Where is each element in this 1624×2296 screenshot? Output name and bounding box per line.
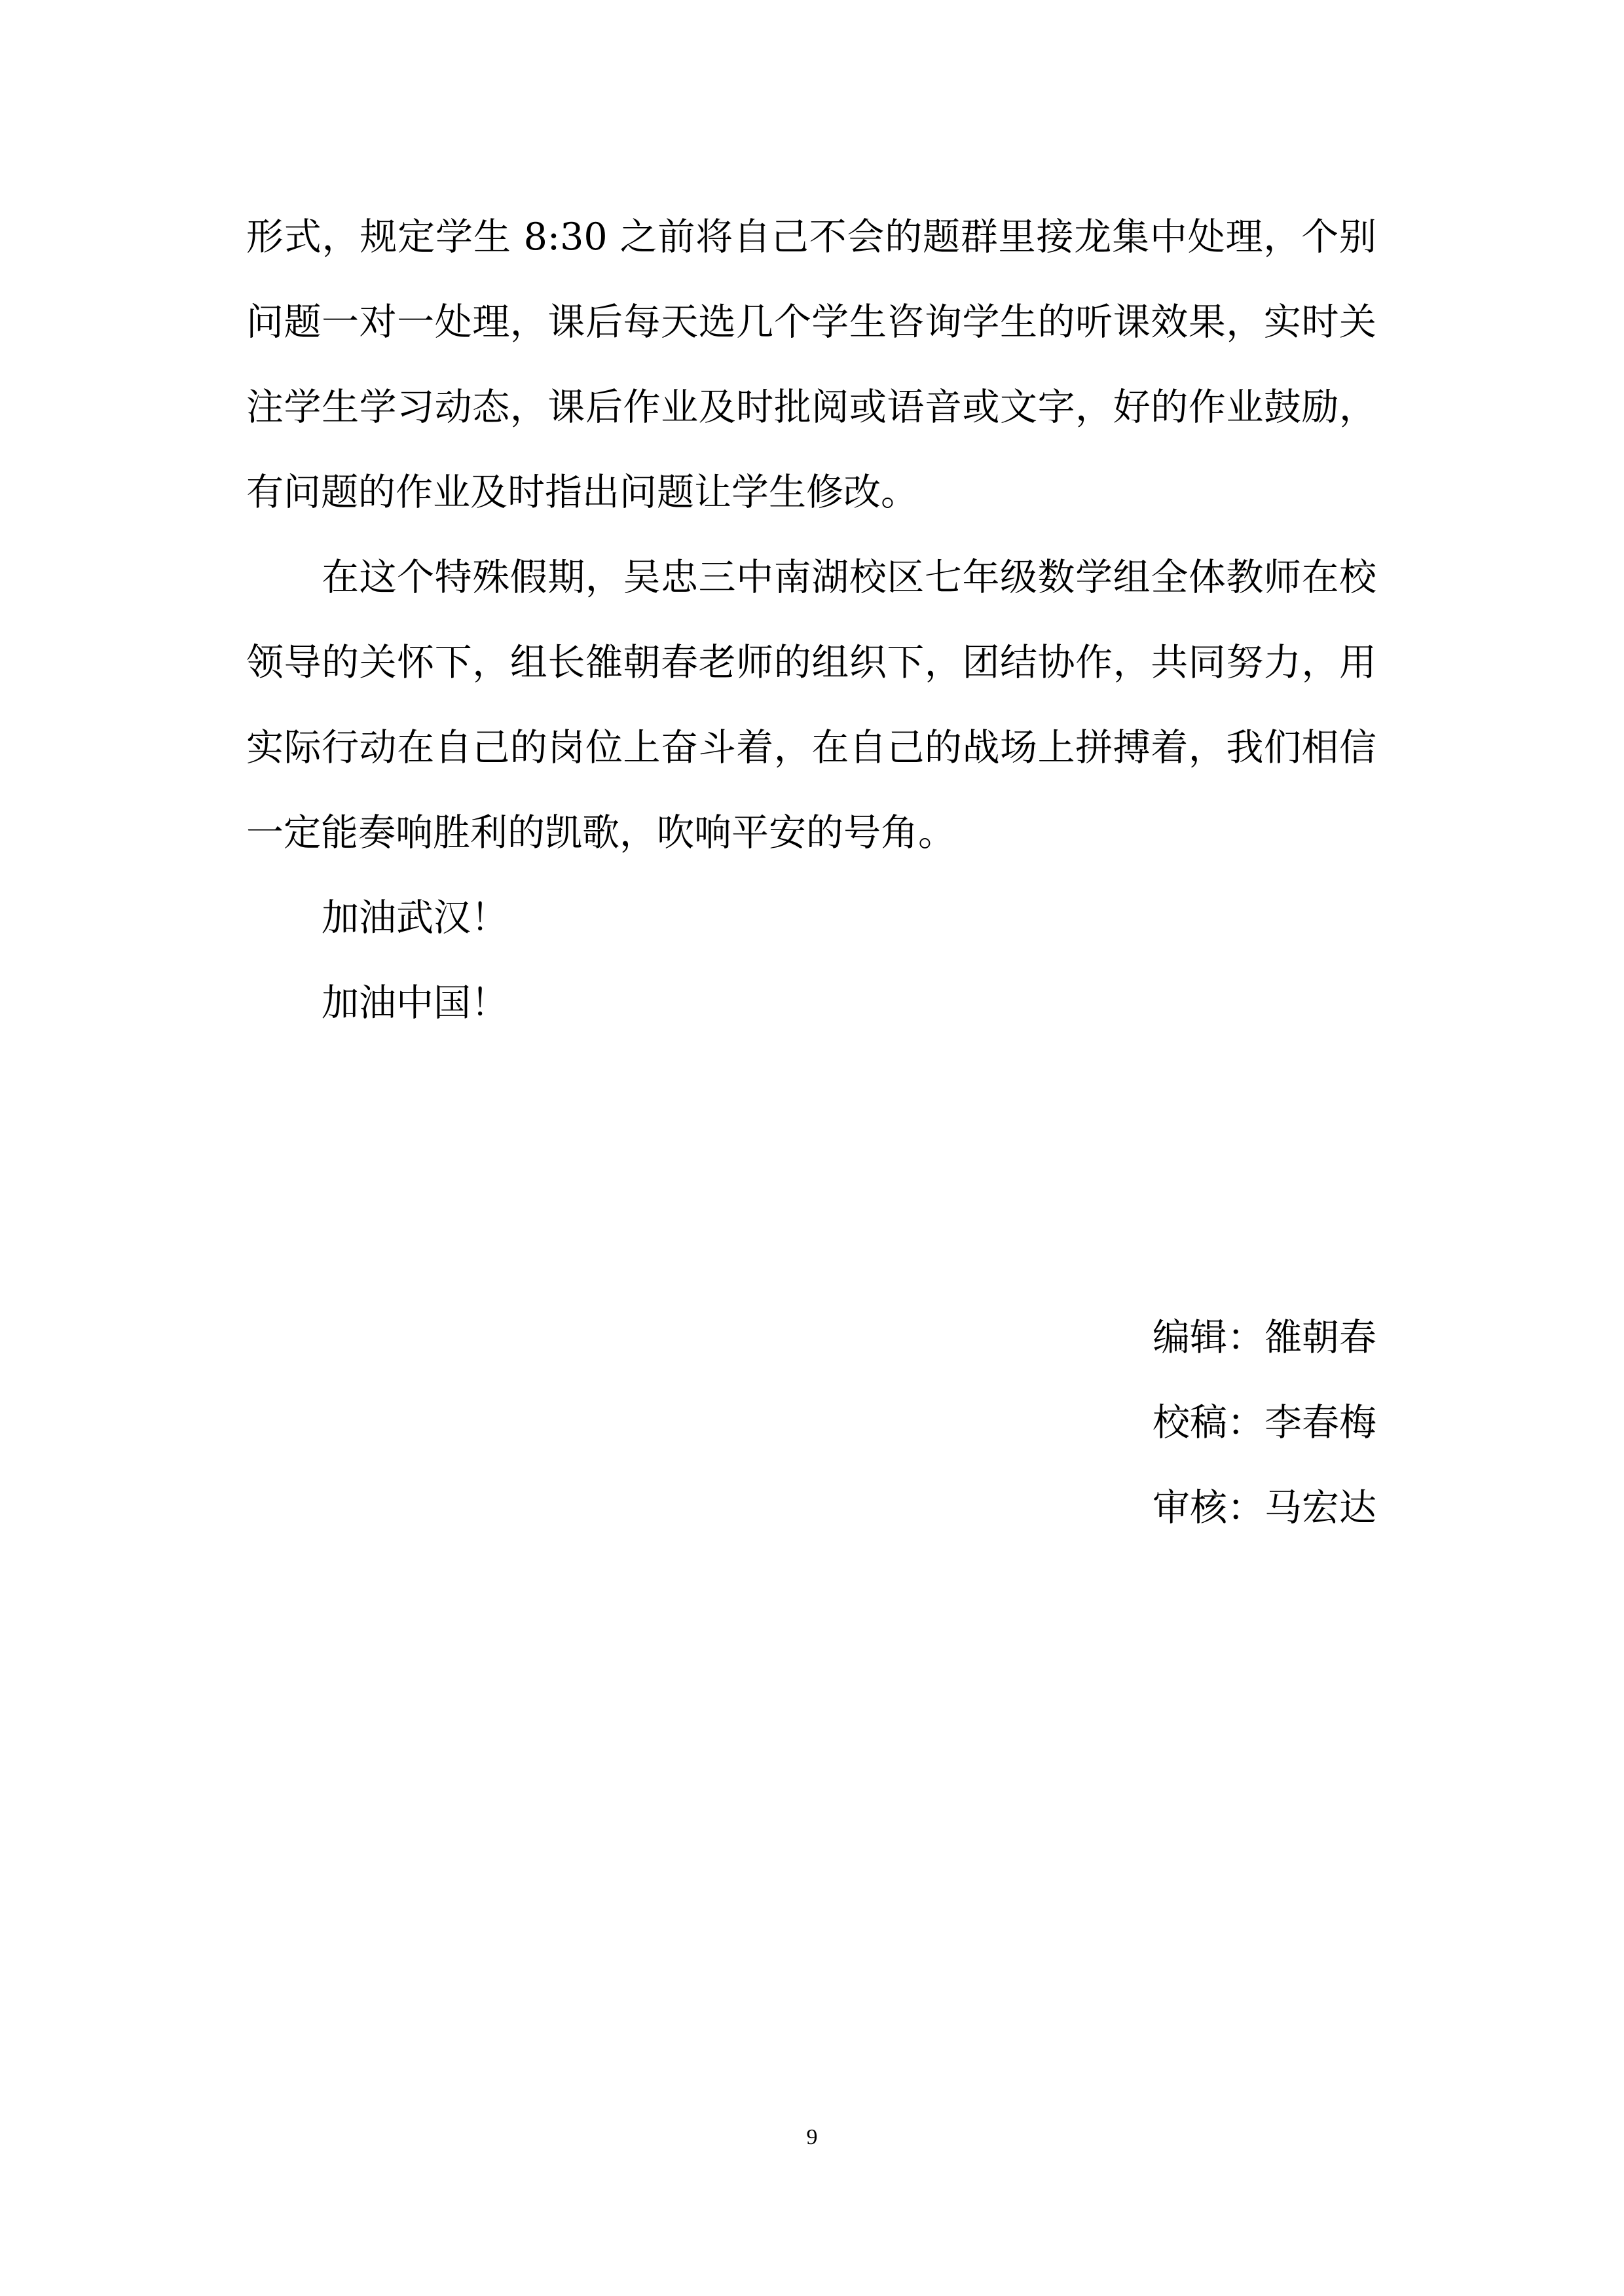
paragraph-line: 在这个特殊假期，吴忠三中南湖校区七年级数学组全体教师在校: [322, 555, 1376, 600]
credit-editor: 编辑：雒朝春: [1153, 1315, 1376, 1360]
paragraph-line: 注学生学习动态，课后作业及时批阅或语音或文字，好的作业鼓励，: [246, 384, 1376, 430]
slogan-china: 加油中国！: [322, 980, 508, 1026]
paragraph-line: 一定能奏响胜利的凯歌，吹响平安的号角。: [246, 810, 1376, 856]
paragraph-line: 领导的关怀下，组长雒朝春老师的组织下，团结协作，共同努力，用: [246, 640, 1376, 685]
paragraph-line: 形式，规定学生 8:30 之前将自己不会的题群里接龙集中处理，个别: [246, 214, 1376, 260]
credit-proofreader: 校稿：李春梅: [1153, 1400, 1376, 1446]
paragraph-line: 实际行动在自己的岗位上奋斗着，在自己的战场上拼搏着，我们相信: [246, 725, 1376, 771]
paragraph-line: 有问题的作业及时指出问题让学生修改。: [246, 469, 1376, 515]
page-number: 9: [0, 2124, 1624, 2151]
slogan-wuhan: 加油武汉！: [322, 895, 508, 941]
credit-reviewer: 审核：马宏达: [1153, 1485, 1376, 1531]
document-page: 形式，规定学生 8:30 之前将自己不会的题群里接龙集中处理，个别 问题一对一处…: [0, 0, 1624, 2296]
paragraph-line: 问题一对一处理，课后每天选几个学生咨询学生的听课效果，实时关: [246, 299, 1376, 345]
